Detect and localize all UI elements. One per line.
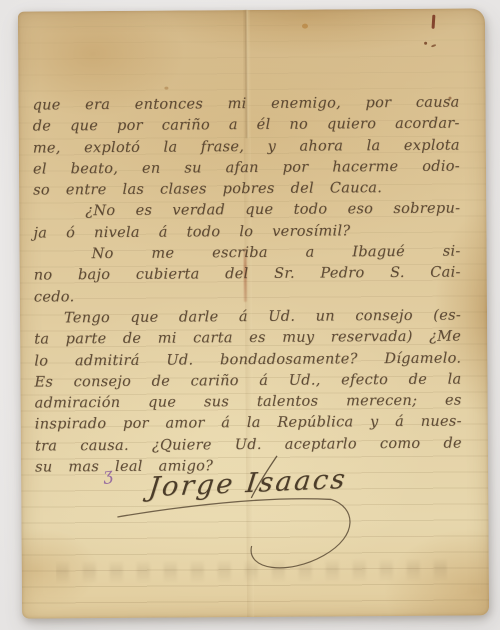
letter-line: tra causa. ¿Quiere Ud. aceptarlo como de <box>35 433 462 457</box>
letter-line: Tengo que darle á Ud. un consejo (es- <box>34 306 461 330</box>
letter-line: cedo. <box>34 284 461 308</box>
letter-line: que era entonces mi enemigo, por causa <box>32 93 459 117</box>
stain-spot <box>302 24 308 29</box>
letter-line: so entre las clases pobres del Cauca. <box>33 178 460 202</box>
ink-bleedthrough <box>56 558 448 585</box>
handwritten-text: que era entonces mi enemigo, por causa d… <box>32 93 462 479</box>
stain-spot <box>164 87 168 90</box>
letter-line: Es consejo de cariño á Ud., efecto de la <box>34 369 461 393</box>
letter-line: lo admitirá Ud. bondadosamente? Dígamelo… <box>34 348 461 372</box>
photograph-background: { "page": { "background_color": "#eae8e7… <box>0 0 500 630</box>
letter-line: me, explotó la frase, y ahora la explota <box>33 135 460 159</box>
letter-line: ¿No es verdad que todo eso sobrepu- <box>33 199 460 223</box>
ink-speck <box>431 44 436 48</box>
letter-line: el beato, en su afan por hacerme odio- <box>33 156 460 180</box>
letter-line: No me escriba a Ibagué si- <box>34 242 461 266</box>
letter-line: ja ó nivela á todo lo verosímil? <box>33 220 460 244</box>
letter-line: no bajo cubierta del Sr. Pedro S. Cai- <box>34 263 461 287</box>
ink-smudge-mark <box>432 15 435 29</box>
letter-line: ta parte de mi carta es muy reservada) ¿… <box>34 327 461 351</box>
letter-line: inspirado por amor á la República y á nu… <box>35 412 462 436</box>
ink-speck <box>424 42 427 45</box>
letter-line: admiración que sus talentos merecen; es <box>35 391 462 415</box>
letter-page: que era entonces mi enemigo, por causa d… <box>18 8 489 618</box>
collector-pencil-mark: ʒ <box>102 465 114 486</box>
letter-line: de que por cariño a él no quiero acordar… <box>33 114 460 138</box>
